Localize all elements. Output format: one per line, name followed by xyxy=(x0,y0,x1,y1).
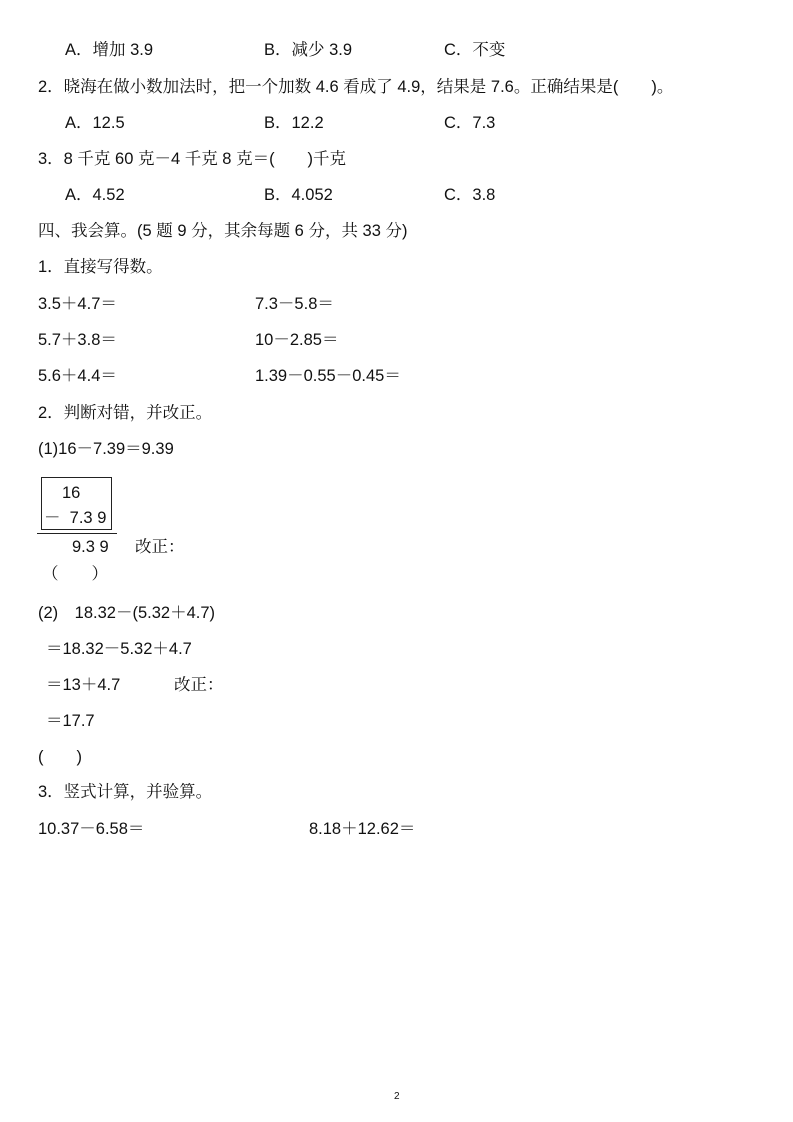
q2-option-a: A．12.5 xyxy=(65,113,125,133)
judge-item-2-line1: (2) 18.32－(5.32＋4.7) xyxy=(38,603,215,623)
calc-problem: 5.6＋4.4＝ xyxy=(38,366,117,386)
q2-option-b: B．12.2 xyxy=(264,113,324,133)
q3-option-c: C．3.8 xyxy=(444,185,495,205)
q2-text: 2．晓海在做小数加法时，把一个加数 4.6 看成了 4.9，结果是 7.6。正确… xyxy=(38,77,673,97)
page-number: 2 xyxy=(394,1091,400,1103)
judge-blank-2[interactable]: ( ) xyxy=(38,747,82,767)
judge-item-2-line3: ＝13＋4.7 xyxy=(46,675,120,695)
vertical-top: 16 xyxy=(62,483,80,503)
judge-item-2-line2: ＝18.32－5.32＋4.7 xyxy=(46,639,192,659)
q1-option-b: B．减少 3.9 xyxy=(264,40,352,60)
correction-label: 改正： xyxy=(174,675,224,695)
part1-title: 1．直接写得数。 xyxy=(38,257,163,277)
q1-option-a: A．增加 3.9 xyxy=(65,40,153,60)
q3-option-a: A．4.52 xyxy=(65,185,125,205)
calc-problem: 7.3－5.8＝ xyxy=(255,294,334,314)
judge-blank-1[interactable]: （ ） xyxy=(42,564,108,584)
q1-option-c: C．不变 xyxy=(444,40,505,60)
calc-problem: 5.7＋3.8＝ xyxy=(38,330,117,350)
vertical-subtrahend: － 7.3 9 xyxy=(44,508,106,528)
correction-label: 改正： xyxy=(135,537,185,557)
q2-option-c: C．7.3 xyxy=(444,113,495,133)
vertical-result: 9.3 9 xyxy=(72,537,109,557)
judge-item-2-line4: ＝17.7 xyxy=(46,711,95,731)
q3-option-b: B．4.052 xyxy=(264,185,333,205)
q3-text: 3．8 千克 60 克－4 千克 8 克＝( )千克 xyxy=(38,149,346,169)
judge-item-1-expression: (1)16－7.39＝9.39 xyxy=(38,439,174,459)
calc-problem: 1.39－0.55－0.45＝ xyxy=(255,366,401,386)
calc-problem: 3.5＋4.7＝ xyxy=(38,294,117,314)
part2-title: 2．判断对错，并改正。 xyxy=(38,403,212,423)
section-title: 四、我会算。(5 题 9 分，其余每题 6 分，共 33 分) xyxy=(38,221,407,241)
calc-problem: 10－2.85＝ xyxy=(255,330,338,350)
part3-title: 3．竖式计算，并验算。 xyxy=(38,782,212,802)
vertical-underline xyxy=(37,533,117,534)
vertical-problem: 8.18＋12.62＝ xyxy=(309,819,415,839)
vertical-problem: 10.37－6.58＝ xyxy=(38,819,144,839)
